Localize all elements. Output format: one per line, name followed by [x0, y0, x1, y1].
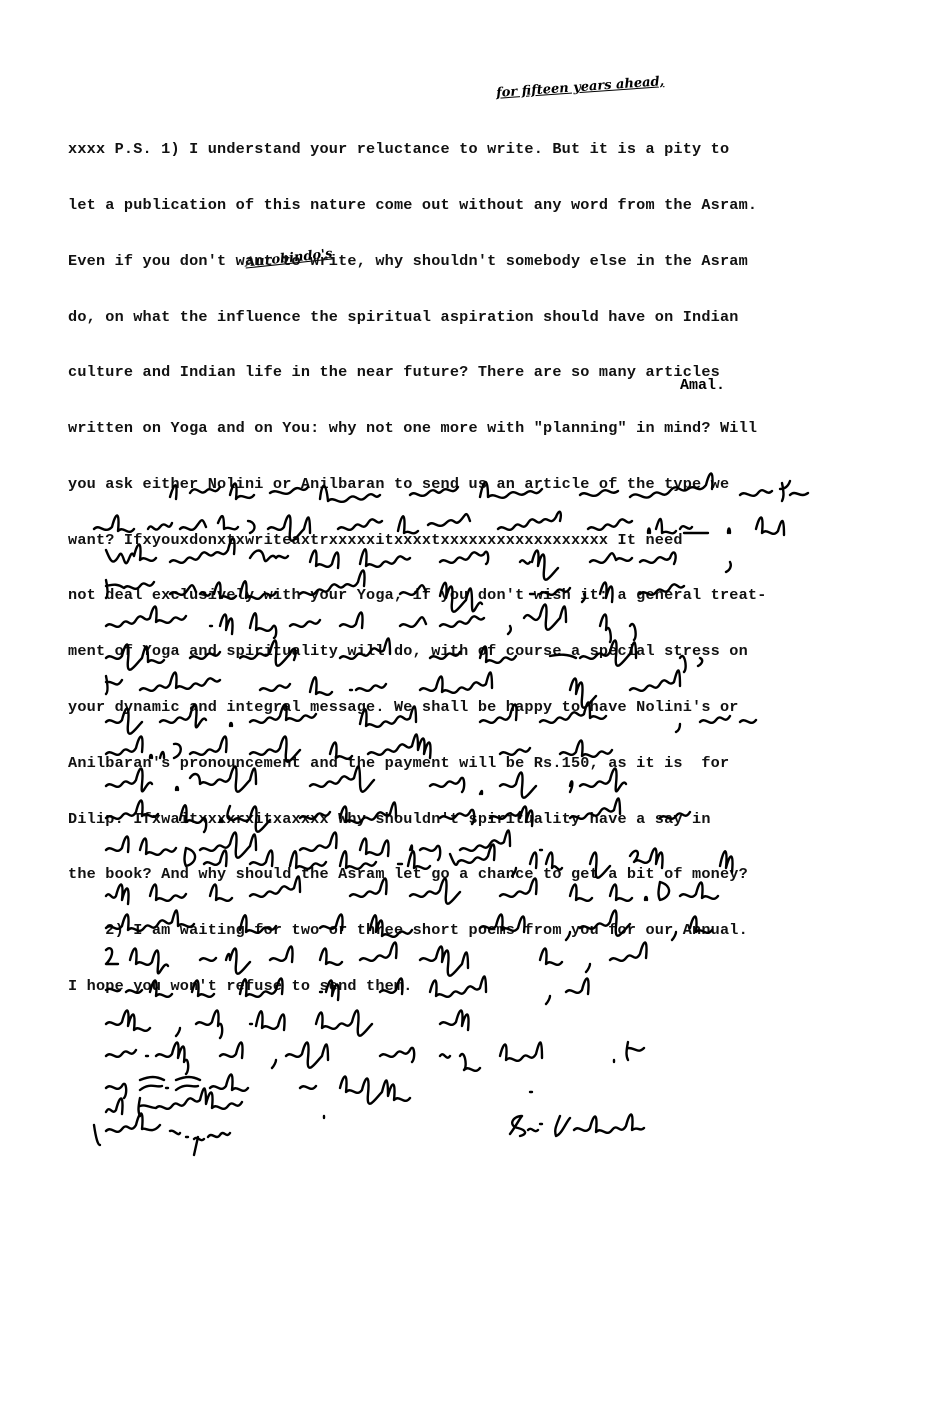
handwritten-signature	[500, 1110, 670, 1140]
handwritten-line	[100, 874, 860, 906]
letter-page: for fifteen years ahead, Aurobindo's xxx…	[0, 0, 933, 1426]
handwritten-line	[100, 906, 860, 938]
handwritten-date	[90, 1117, 260, 1157]
handwritten-reply: March 18. 1940 Sri Aurobindo I don't fin…	[0, 0, 933, 1426]
handwritten-line	[88, 507, 848, 539]
handwritten-line	[100, 732, 800, 764]
handwritten-line	[100, 970, 860, 1002]
handwritten-line	[100, 1034, 860, 1066]
handwritten-line	[100, 636, 820, 668]
handwritten-line	[100, 1002, 860, 1034]
handwritten-line	[100, 668, 840, 700]
handwritten-line	[100, 572, 800, 604]
handwritten-line	[100, 604, 800, 636]
handwritten-line	[100, 796, 840, 828]
handwritten-paragraph-2-line-1: But with regard to poems for your Annual…	[0, 0, 36, 1]
handwritten-line	[180, 842, 860, 874]
handwritten-line	[100, 700, 840, 732]
handwritten-line	[100, 540, 800, 572]
handwritten-line	[160, 475, 860, 505]
handwritten-line	[100, 938, 860, 970]
handwritten-line	[100, 764, 800, 796]
